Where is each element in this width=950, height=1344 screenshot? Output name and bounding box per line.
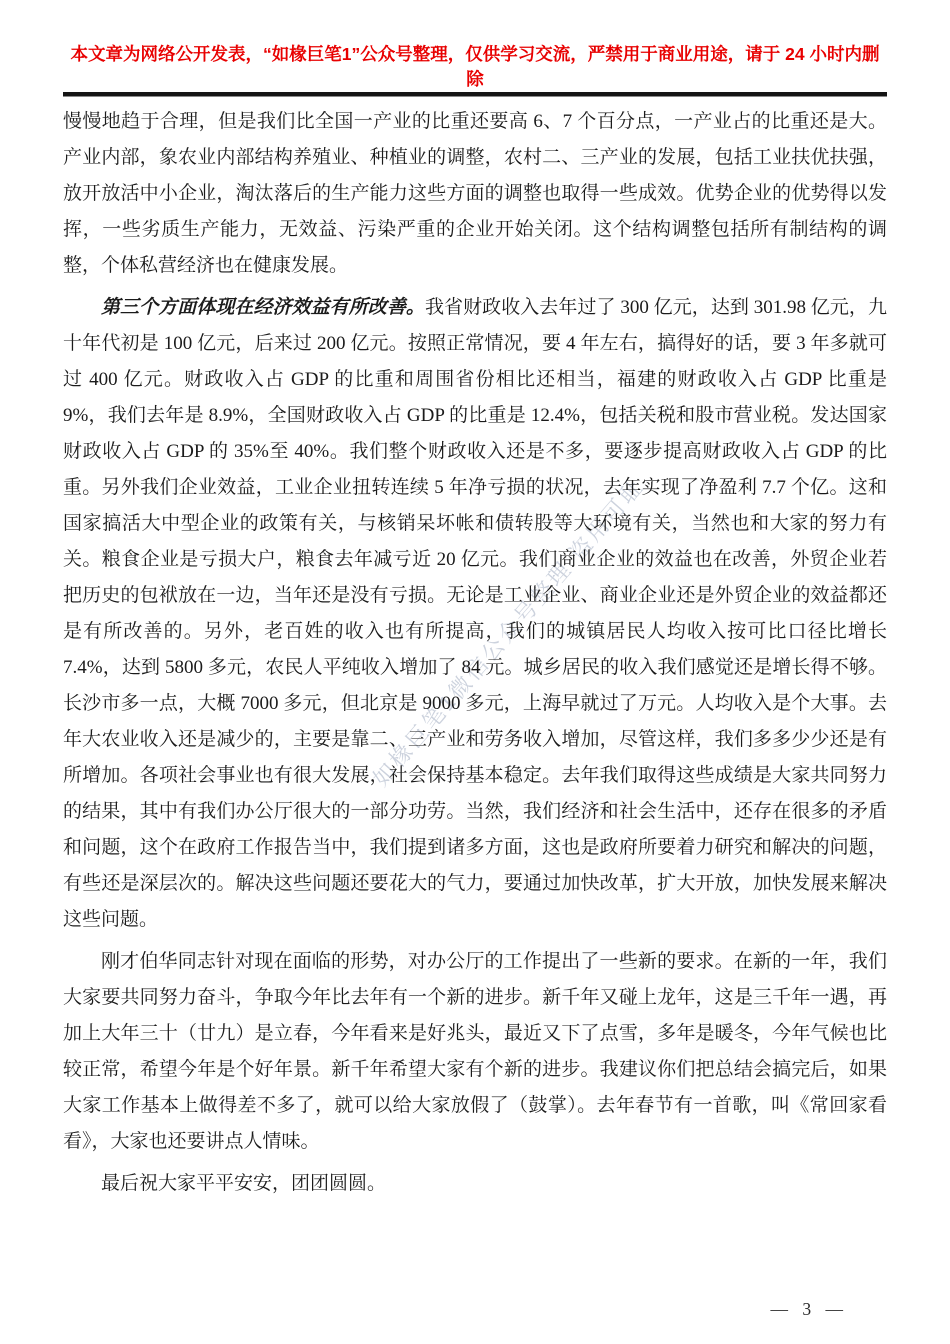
document-page: 本文章为网络公开发表，“如椽巨笔1”公众号整理，仅供学习交流，严禁用于商业用途，…	[0, 0, 950, 1344]
document-body: 慢慢地趋于合理，但是我们比全国一产业的比重还要高 6、7 个百分点，一产业占的比…	[63, 104, 887, 1208]
section-lead-bold: 第三个方面体现在经济效益有所改善。	[101, 297, 425, 318]
body-paragraph-farewell: 最后祝大家平平安安，团团圆圆。	[63, 1166, 887, 1202]
body-paragraph-section3: 第三个方面体现在经济效益有所改善。我省财政收入去年过了 300 亿元，达到 30…	[63, 290, 887, 938]
body-paragraph-continuation: 慢慢地趋于合理，但是我们比全国一产业的比重还要高 6、7 个百分点，一产业占的比…	[63, 104, 887, 284]
header-divider	[63, 92, 887, 97]
body-paragraph-closing-remarks: 刚才伯华同志针对现在面临的形势，对办公厅的工作提出了一些新的要求。在新的一年，我…	[63, 944, 887, 1160]
page-number: — 3 —	[771, 1299, 844, 1320]
section-body-text: 我省财政收入去年过了 300 亿元，达到 301.98 亿元，九十年代初是 10…	[63, 297, 887, 930]
copyright-notice: 本文章为网络公开发表，“如椽巨笔1”公众号整理，仅供学习交流，严禁用于商业用途，…	[63, 42, 887, 92]
